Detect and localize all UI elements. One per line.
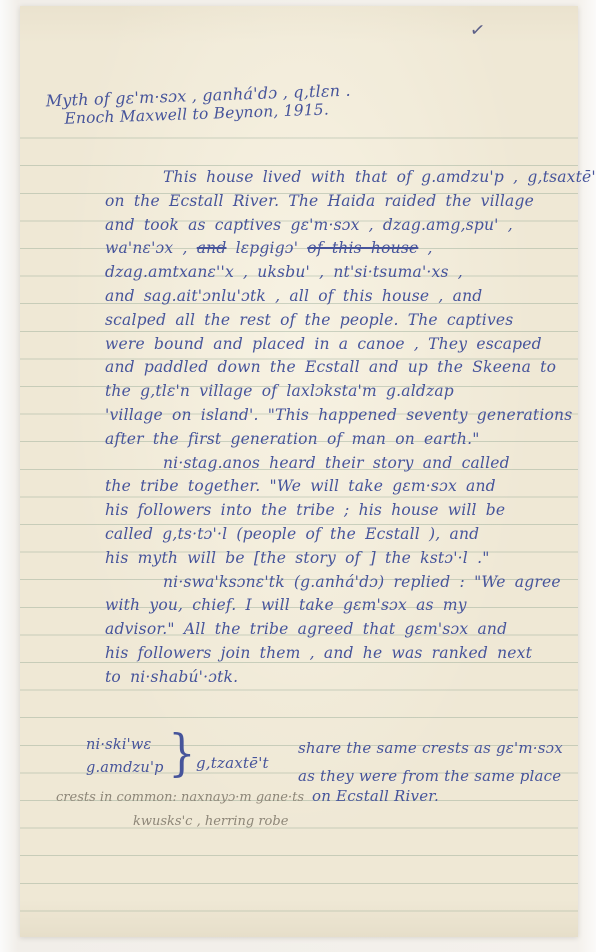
manuscript-line: ni·stag.anos heard their story and calle… <box>105 452 575 476</box>
manuscript-text: lεpgigɔ' <box>226 239 307 257</box>
manuscript-text: advisor." All the tribe agreed that gεm'… <box>105 620 507 638</box>
manuscript-text: wa'nε'ɔx , <box>105 239 197 257</box>
manuscript-line: This house lived with that of g.amdzu'p … <box>105 166 575 190</box>
manuscript-text: called g,ts·tɔ'·l (people of the Ecstall… <box>105 525 479 543</box>
manuscript-line: ni·swa'ksɔnε'tk (g.anhá'dɔ) replied : "W… <box>105 571 575 595</box>
manuscript-text: after the first generation of man on ear… <box>105 430 480 448</box>
manuscript-text: ni·swa'ksɔnε'tk (g.anhá'dɔ) replied : "W… <box>163 573 561 591</box>
manuscript-line: with you, chief. I will take gεm'sɔx as … <box>105 594 575 618</box>
manuscript-line: on the Ecstall River. The Haida raided t… <box>105 190 575 214</box>
manuscript-heading: Myth of gε'm·sɔx , ganhá'dɔ , q,tlεn . E… <box>45 81 351 129</box>
manuscript-text: ni·stag.anos heard their story and calle… <box>163 454 510 472</box>
struck-text: and <box>197 239 227 257</box>
manuscript-line: the g,tlε'n village of laxlɔksta'm g.ald… <box>105 380 575 404</box>
crest-note-line: share the same crests as gε'm·sɔx <box>298 735 563 763</box>
manuscript-text: his followers into the tribe ; his house… <box>105 501 505 519</box>
manuscript-line: were bound and placed in a canoe , They … <box>105 333 575 357</box>
manuscript-text: with you, chief. I will take gεm'sɔx as … <box>105 596 467 614</box>
manuscript-text: This house lived with that of g.amdzu'p … <box>163 168 596 186</box>
manuscript-text: and took as captives gε'm·sɔx , dzag.amg… <box>105 216 513 234</box>
manuscript-line: 'village on island'. "This happened seve… <box>105 404 575 428</box>
manuscript-page: ✓ Myth of gε'm·sɔx , ganhá'dɔ , q,tlεn .… <box>20 6 578 937</box>
manuscript-text: and paddled down the Ecstall and up the … <box>105 358 556 376</box>
ink-continuation: on Ecstall River. <box>312 787 439 805</box>
manuscript-line: his followers join them , and he was ran… <box>105 642 575 666</box>
scanned-document: ✓ Myth of gε'm·sɔx , ganhá'dɔ , q,tlεn .… <box>0 0 596 952</box>
manuscript-line: his followers into the tribe ; his house… <box>105 499 575 523</box>
brace-label: g,tzaxtē't <box>196 754 269 772</box>
manuscript-text: 'village on island'. "This happened seve… <box>105 406 572 424</box>
manuscript-line: advisor." All the tribe agreed that gεm'… <box>105 618 575 642</box>
manuscript-body: This house lived with that of g.amdzu'p … <box>105 166 575 690</box>
manuscript-line: his myth will be [the story of ] the kst… <box>105 547 575 571</box>
pencil-annotation-2: kwusks'c , herring robe <box>133 814 288 829</box>
checkmark-icon: ✓ <box>469 19 487 42</box>
name-pair-list: ni·ski'wε g.amdzu'p <box>86 734 164 780</box>
name-pair-item: ni·ski'wε <box>86 734 164 757</box>
crest-note-line: as they were from the same place <box>298 763 563 791</box>
manuscript-line: and paddled down the Ecstall and up the … <box>105 356 575 380</box>
manuscript-line: after the first generation of man on ear… <box>105 428 575 452</box>
manuscript-text: scalped all the rest of the people. The … <box>105 311 513 329</box>
manuscript-line: and took as captives gε'm·sɔx , dzag.amg… <box>105 214 575 238</box>
manuscript-text: were bound and placed in a canoe , They … <box>105 335 542 353</box>
manuscript-text: the g,tlε'n village of laxlɔksta'm g.ald… <box>105 382 454 400</box>
manuscript-text: his followers join them , and he was ran… <box>105 644 532 662</box>
pencil-annotation-text: crests in common: naxnayɔ·m gane·ts <box>56 790 304 805</box>
manuscript-line: dzag.amtxanε''x , uksbu' , nt'si·tsuma'·… <box>105 261 575 285</box>
manuscript-text: his myth will be [the story of ] the kst… <box>105 549 490 567</box>
crest-note: share the same crests as gε'm·sɔx as the… <box>298 735 563 790</box>
manuscript-text: the tribe together. "We will take gεm·sɔ… <box>105 477 496 495</box>
struck-text: of this house <box>307 239 418 257</box>
manuscript-line: and sag.ait'ɔnlu'ɔtk , all of this house… <box>105 285 575 309</box>
manuscript-line: wa'nε'ɔx , and lεpgigɔ' of this house , <box>105 237 575 261</box>
manuscript-line: the tribe together. "We will take gεm·sɔ… <box>105 475 575 499</box>
pencil-annotation: crests in common: naxnayɔ·m gane·tson Ec… <box>56 787 439 805</box>
manuscript-line: scalped all the rest of the people. The … <box>105 309 575 333</box>
name-pair-item: g.amdzu'p <box>86 757 164 780</box>
manuscript-line: called g,ts·tɔ'·l (people of the Ecstall… <box>105 523 575 547</box>
manuscript-text: dzag.amtxanε''x , uksbu' , nt'si·tsuma'·… <box>105 263 463 281</box>
manuscript-text: on the Ecstall River. The Haida raided t… <box>105 192 534 210</box>
manuscript-text: to ni·shabú'·ɔtk. <box>105 668 238 686</box>
manuscript-text: and sag.ait'ɔnlu'ɔtk , all of this house… <box>105 287 482 305</box>
brace-glyph: } <box>168 728 195 778</box>
manuscript-text: , <box>418 239 432 257</box>
manuscript-line: to ni·shabú'·ɔtk. <box>105 666 575 690</box>
